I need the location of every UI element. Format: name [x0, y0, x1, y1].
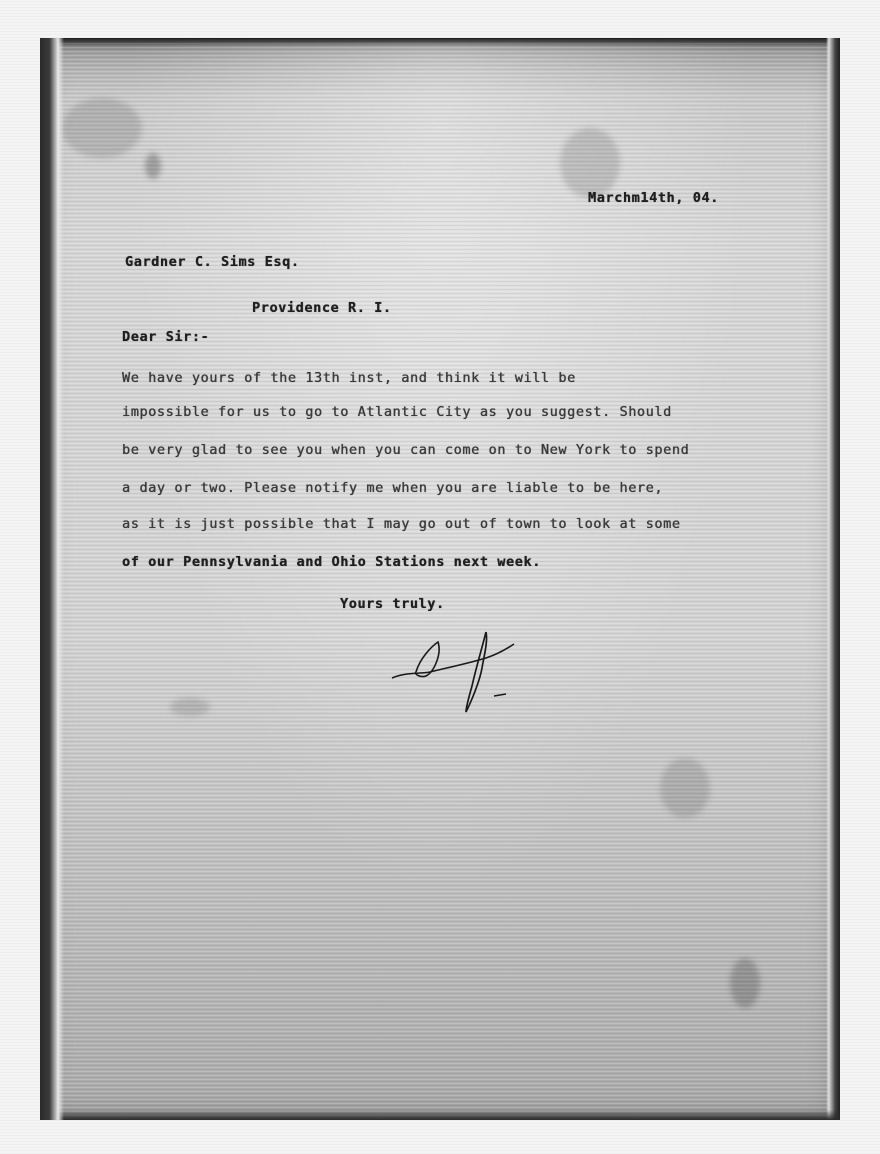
smudge [62, 98, 142, 158]
page-top-edge-shadow [40, 38, 840, 46]
letter-page: Marchm14th, 04. Gardner C. Sims Esq. Pro… [40, 38, 840, 1120]
letter-date: Marchm14th, 04. [588, 190, 719, 206]
handwritten-signature-icon [386, 628, 526, 718]
smudge [730, 958, 760, 1008]
letter-addressee: Gardner C. Sims Esq. [125, 254, 300, 270]
smudge [170, 698, 210, 716]
smudge [560, 128, 620, 198]
letter-salutation: Dear Sir:- [122, 329, 209, 345]
letter-closing: Yours truly. [340, 596, 445, 612]
body-line: a day or two. Please notify me when you … [122, 480, 663, 496]
body-line: We have yours of the 13th inst, and thin… [122, 370, 576, 386]
body-line: as it is just possible that I may go out… [122, 516, 681, 532]
letter-location: Providence R. I. [252, 300, 392, 316]
page-bottom-edge-shadow [40, 1110, 840, 1120]
smudge [145, 153, 161, 179]
smudge [660, 758, 710, 818]
page-right-edge-shadow [826, 38, 840, 1120]
body-line: impossible for us to go to Atlantic City… [122, 404, 672, 420]
body-line: be very glad to see you when you can com… [122, 442, 689, 458]
body-line: of our Pennsylvania and Ohio Stations ne… [122, 554, 541, 570]
